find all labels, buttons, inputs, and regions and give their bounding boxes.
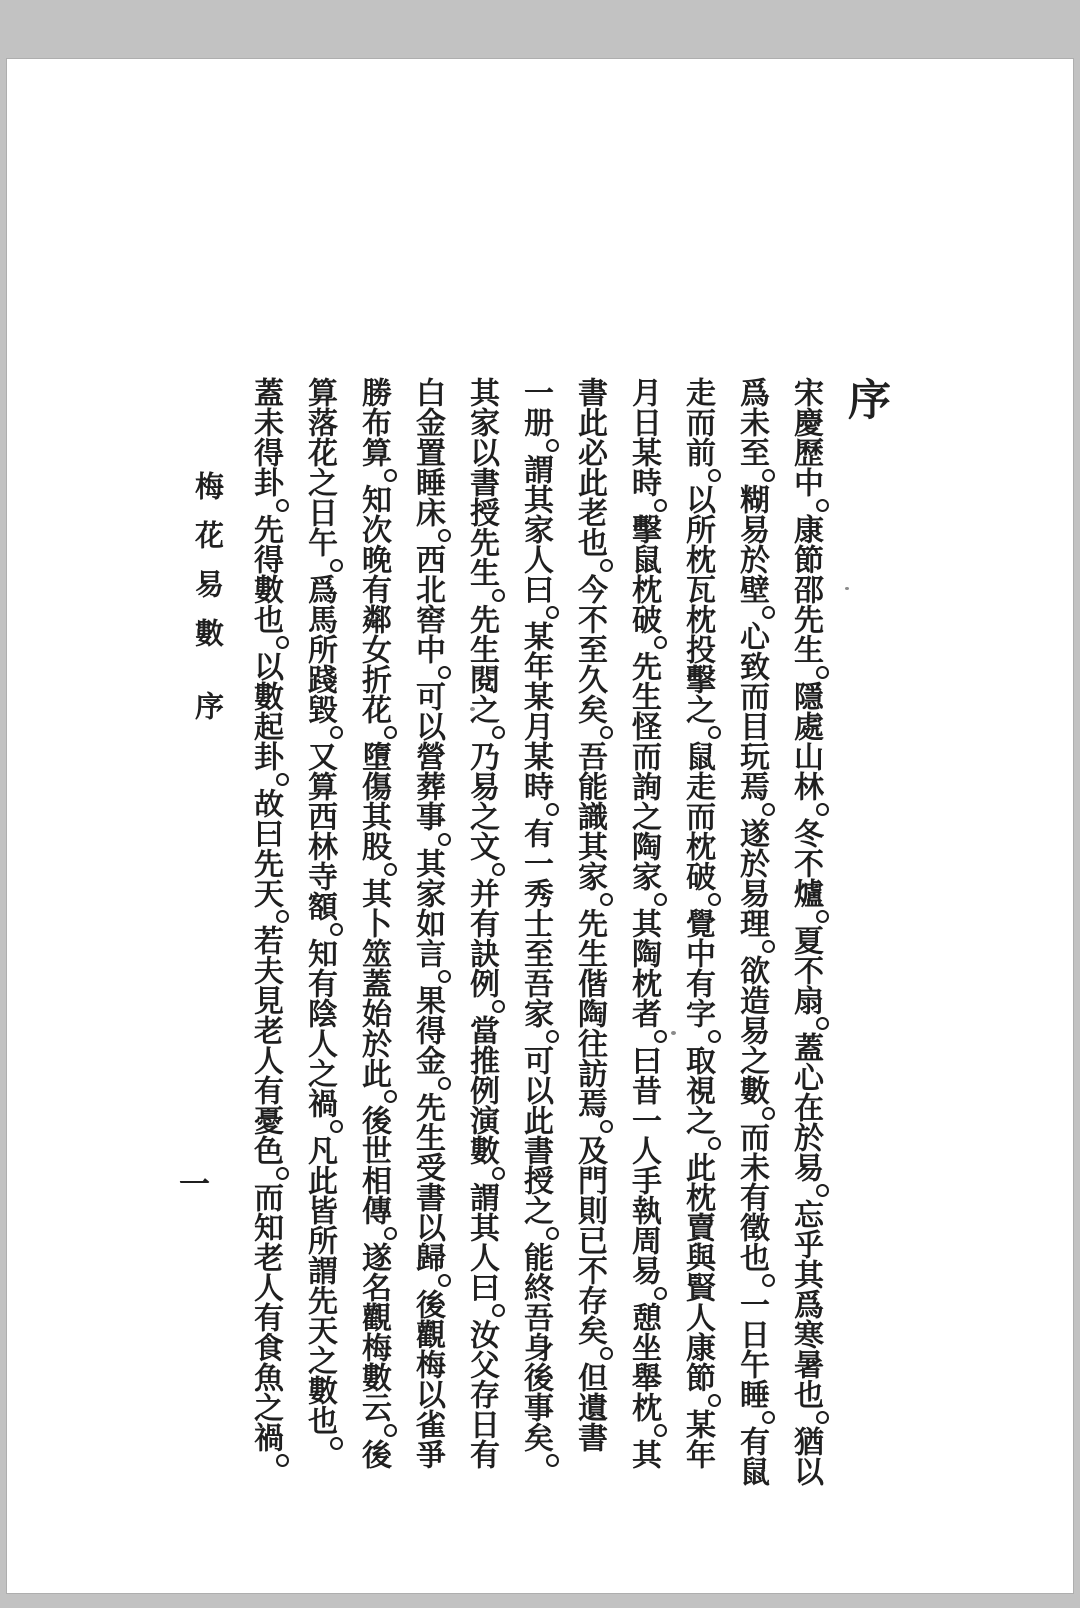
preface-text-block: 序 宋慶歷中。康節邵先生。隱處山林。冬不爐。夏不扇。蓋心在於易。忘乎其爲寒暑也。… xyxy=(238,377,898,1517)
margin-running-title: 梅花易數序 xyxy=(187,471,228,740)
preface-heading: 序 xyxy=(832,377,898,1517)
ink-speck xyxy=(671,1031,676,1035)
page-number: 一 xyxy=(179,1159,210,1204)
text-column-2: 爲未至。糊易於壁。心致而目玩焉。遂於易理。欲造易之數。而未有徵也。一日午睡。有鼠 xyxy=(724,377,778,1517)
text-column-9: 勝布算。知次晚有鄰女折花。墮傷其股。其卜筮蓋始於此。後世相傳。遂名觀梅數云。後 xyxy=(346,377,400,1517)
text-column-11: 蓋未得卦。先得數也。以數起卦。故曰先天。若夫見老人有憂色。而知老人有食魚之禍。 xyxy=(238,377,292,1517)
ink-speck xyxy=(470,707,475,711)
margin-book-title: 梅花易數 xyxy=(191,471,223,667)
text-column-3: 走而前。以所枕瓦枕投擊之。鼠走而枕破。覺中有字。取視之。此枕賣與賢人康節。某年 xyxy=(670,377,724,1517)
text-column-6: 一册。謂其家人曰。某年某月某時。有一秀士至吾家。可以此書授之。能終吾身後事矣。 xyxy=(508,377,562,1517)
scan-background: { "content": { "heading": "序", "columns"… xyxy=(0,0,1080,1608)
text-column-1: 宋慶歷中。康節邵先生。隱處山林。冬不爐。夏不扇。蓋心在於易。忘乎其爲寒暑也。猶以 xyxy=(778,377,832,1517)
text-column-8: 白金置睡床。西北窖中。可以營葬事。其家如言。果得金。先生受書以歸。後觀梅以雀爭 xyxy=(400,377,454,1517)
text-column-4: 月日某時。擊鼠枕破。先生怪而詢之陶家。其陶枕者。曰昔一人手執周易。憩坐舉枕。其 xyxy=(616,377,670,1517)
text-column-5: 書此必此老也。今不至久矣。吾能識其家。先生偕陶往訪焉。及門則已不存矣。但遺書 xyxy=(562,377,616,1517)
text-column-10: 算落花之日午。爲馬所踐毀。又算西林寺額。知有陰人之禍。凡此皆所謂先天之數也。 xyxy=(292,377,346,1517)
ink-speck xyxy=(845,587,849,590)
book-page: 序 宋慶歷中。康節邵先生。隱處山林。冬不爐。夏不扇。蓋心在於易。忘乎其爲寒暑也。… xyxy=(7,59,1073,1593)
margin-section-label: 序 xyxy=(187,691,228,740)
text-column-7: 其家以書授先生。先生閱之。乃易之文。并有訣例。當推例演數。謂其人曰。汝父存日有 xyxy=(454,377,508,1517)
